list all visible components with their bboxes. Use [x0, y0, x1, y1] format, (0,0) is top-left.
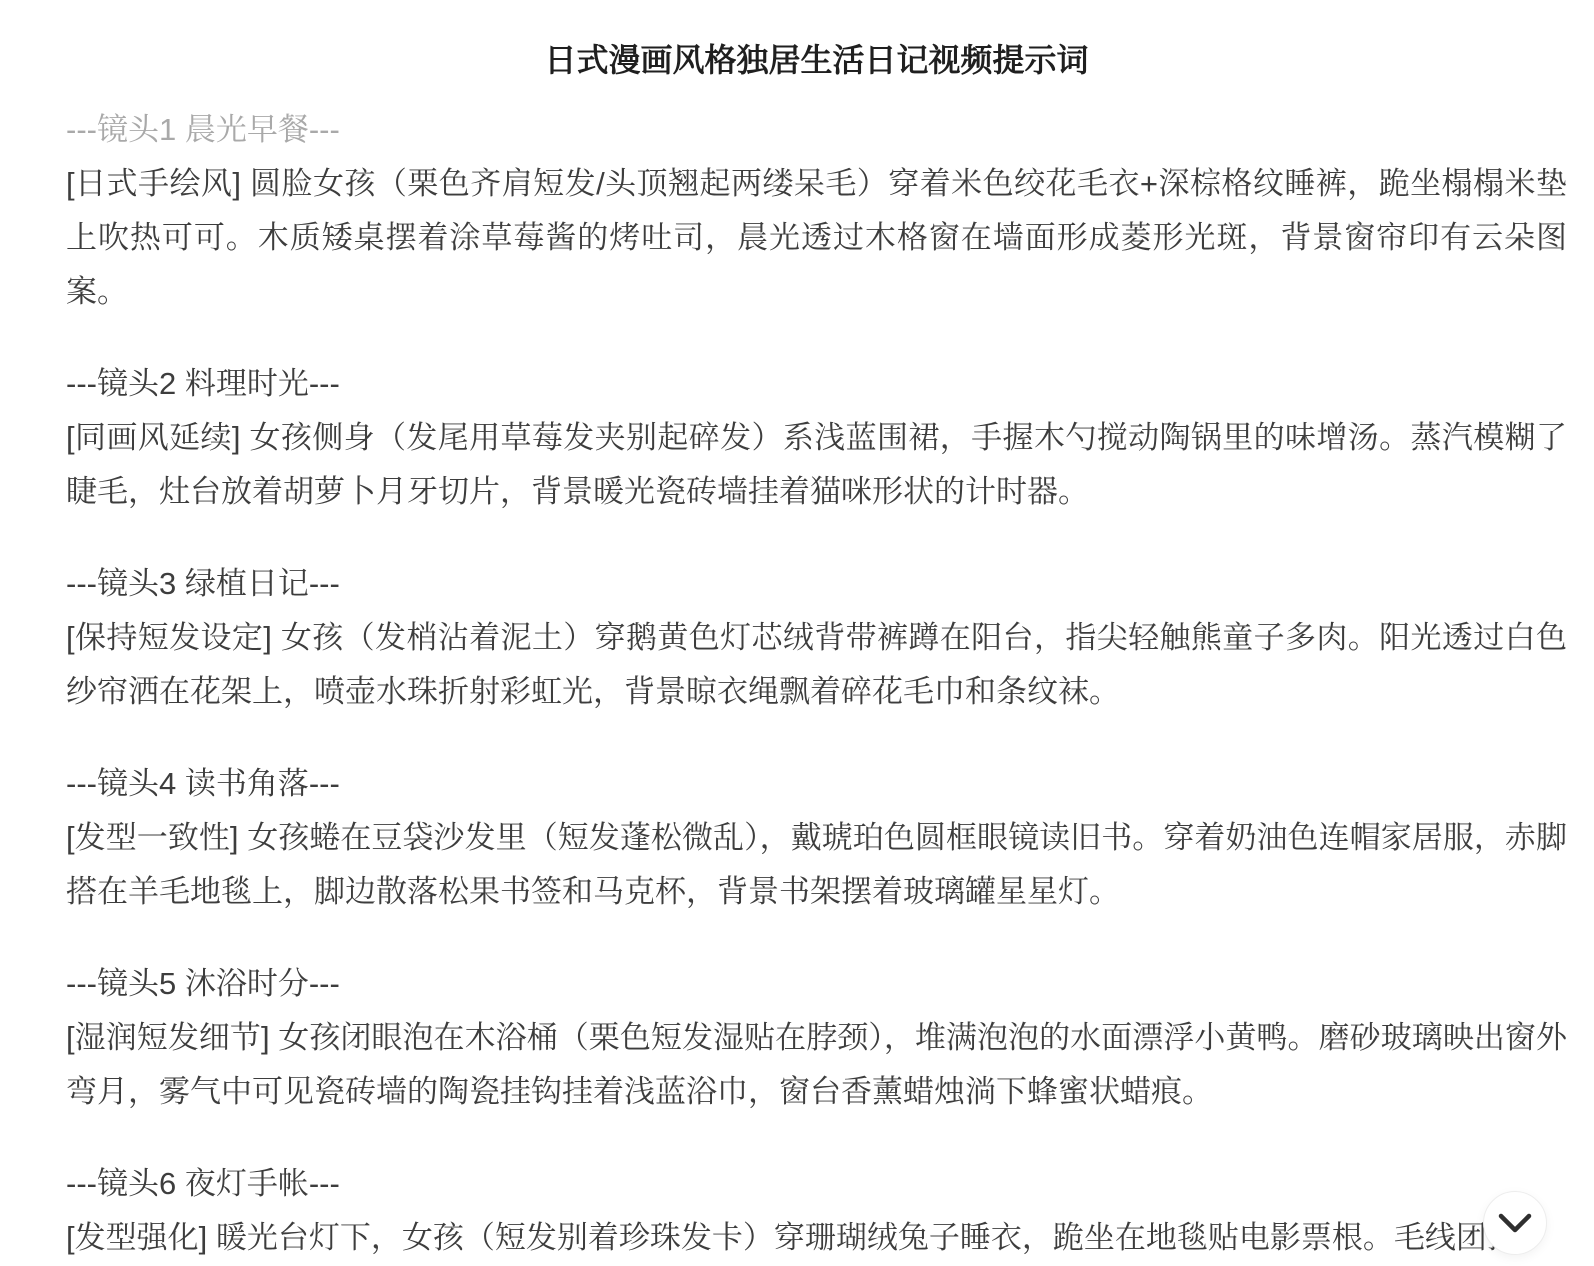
section-paragraph: [发型强化] 暖光台灯下，女孩（短发别着珍珠发卡）穿珊瑚绒兔子睡衣，跪坐在地毯贴…: [66, 1211, 1567, 1265]
section-paragraph: [日式手绘风] 圆脸女孩（栗色齐肩短发/头顶翘起两缕呆毛）穿着米色绞花毛衣+深棕…: [66, 157, 1567, 319]
section-paragraph: [同画风延续] 女孩侧身（发尾用草莓发夹别起碎发）系浅蓝围裙，手握木勺搅动陶锅里…: [66, 411, 1567, 519]
section-paragraph: [湿润短发细节] 女孩闭眼泡在木浴桶（栗色短发湿贴在脖颈），堆满泡泡的水面漂浮小…: [66, 1011, 1567, 1119]
section-shot-5: ---镜头5 沐浴时分--- [湿润短发细节] 女孩闭眼泡在木浴桶（栗色短发湿贴…: [66, 957, 1567, 1119]
section-header: ---镜头1 晨光早餐---: [66, 103, 1567, 157]
section-paragraph: [保持短发设定] 女孩（发梢沾着泥土）穿鹅黄色灯芯绒背带裤蹲在阳台，指尖轻触熊童…: [66, 611, 1567, 719]
section-paragraph: [发型一致性] 女孩蜷在豆袋沙发里（短发蓬松微乱），戴琥珀色圆框眼镜读旧书。穿着…: [66, 811, 1567, 919]
document-title: 日式漫画风格独居生活日记视频提示词: [66, 36, 1567, 84]
document-page: 日式漫画风格独居生活日记视频提示词 ---镜头1 晨光早餐--- [日式手绘风]…: [0, 0, 1594, 1266]
section-shot-2: ---镜头2 料理时光--- [同画风延续] 女孩侧身（发尾用草莓发夹别起碎发）…: [66, 357, 1567, 519]
section-shot-6: ---镜头6 夜灯手帐--- [发型强化] 暖光台灯下，女孩（短发别着珍珠发卡）…: [66, 1157, 1567, 1265]
section-header: ---镜头5 沐浴时分---: [66, 957, 1567, 1011]
section-header: ---镜头4 读书角落---: [66, 757, 1567, 811]
scroll-to-bottom-button[interactable]: [1483, 1191, 1547, 1255]
section-shot-1: ---镜头1 晨光早餐--- [日式手绘风] 圆脸女孩（栗色齐肩短发/头顶翘起两…: [66, 103, 1567, 319]
section-shot-4: ---镜头4 读书角落--- [发型一致性] 女孩蜷在豆袋沙发里（短发蓬松微乱）…: [66, 757, 1567, 919]
section-header: ---镜头2 料理时光---: [66, 357, 1567, 411]
section-shot-3: ---镜头3 绿植日记--- [保持短发设定] 女孩（发梢沾着泥土）穿鹅黄色灯芯…: [66, 557, 1567, 719]
chevron-down-icon: [1498, 1212, 1532, 1234]
section-header: ---镜头6 夜灯手帐---: [66, 1157, 1567, 1211]
section-header: ---镜头3 绿植日记---: [66, 557, 1567, 611]
